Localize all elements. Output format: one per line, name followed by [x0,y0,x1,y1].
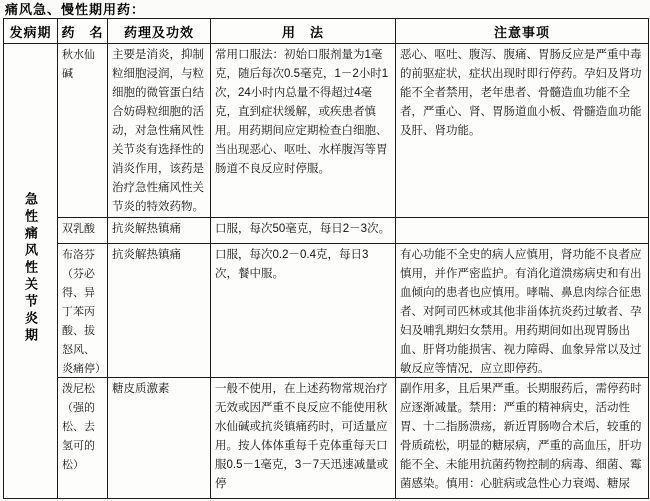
header-usage: 用 法 [211,19,396,44]
usage-cell: 口服，每次0.2－0.4克，每日3次，餐中服。 [211,244,396,378]
pharmacology-cell: 抗炎解热镇痛 [108,218,211,244]
usage-cell: 口服，每次50毫克，每日2－3次。 [211,218,396,244]
pharmacology-cell: 主要是消炎，抑制粒细胞浸润，与粒细胞的微管蛋白结合妨碍粒细胞的活动，对急性痛风性… [108,44,211,218]
pharmacology-cell: 抗炎解热镇痛 [108,244,211,378]
table-header-row: 发病期 药 名 药理及功效 用 法 注意事项 [4,19,649,44]
header-drug-name: 药 名 [58,19,108,44]
usage-cell: 一般不使用，在上述药物常规治疗无效或因严重不良反应不能使用秋水仙碱或抗炎镇痛药时… [211,378,396,499]
drug-name-cell: 秋水仙碱 [58,44,108,218]
usage-cell: 常用口服法：初始口服剂量为1毫克，随后每次0.5毫克，1－2小时1次，24小时内… [211,44,396,218]
table-row: 双乳酸 抗炎解热镇痛 口服，每次50毫克，每日2－3次。 [4,218,649,244]
header-pharmacology: 药理及功效 [108,19,211,44]
precautions-cell: 有心功能不全史的病人应慎用，肾功能不良者应慎用，并作严密监护。有消化道溃疡病史和… [396,244,649,378]
onset-period-cell: 急性痛风性关节炎期 [4,44,58,499]
page-title: 痛风急、慢性期用药： [0,0,650,18]
precautions-cell [396,218,649,244]
onset-period-label: 急性痛风性关节炎期 [21,192,40,345]
pharmacology-cell: 糖皮质激素 [108,378,211,499]
drug-name-cell: 泼尼松（强的松、去氢可的松） [58,378,108,499]
drug-name-cell: 双乳酸 [58,218,108,244]
document-page: 痛风急、慢性期用药： 发病期 药 名 药理及功效 用 法 注意事项 急性痛风性关… [0,0,650,501]
table-row: 泼尼松（强的松、去氢可的松） 糖皮质激素 一般不使用，在上述药物常规治疗无效或因… [4,378,649,499]
header-onset-period: 发病期 [4,19,58,44]
header-precautions: 注意事项 [396,19,649,44]
table-row: 急性痛风性关节炎期 秋水仙碱 主要是消炎，抑制粒细胞浸润，与粒细胞的微管蛋白结合… [4,44,649,218]
precautions-cell: 恶心、呕吐、腹泻、腹痛、胃肠反应是严重中毒的前驱症状，症状出现时即行停药。孕妇及… [396,44,649,218]
drug-table: 发病期 药 名 药理及功效 用 法 注意事项 急性痛风性关节炎期 秋水仙碱 主要… [3,18,649,499]
precautions-cell: 副作用多，且后果严重。长期服药后，需停药时应逐渐减量。禁用：严重的精神病史，活动… [396,378,649,499]
table-row: 布洛芬（芬必得、异丁苯丙酸、拔怒风、炎痛停） 抗炎解热镇痛 口服，每次0.2－0… [4,244,649,378]
drug-name-cell: 布洛芬（芬必得、异丁苯丙酸、拔怒风、炎痛停） [58,244,108,378]
